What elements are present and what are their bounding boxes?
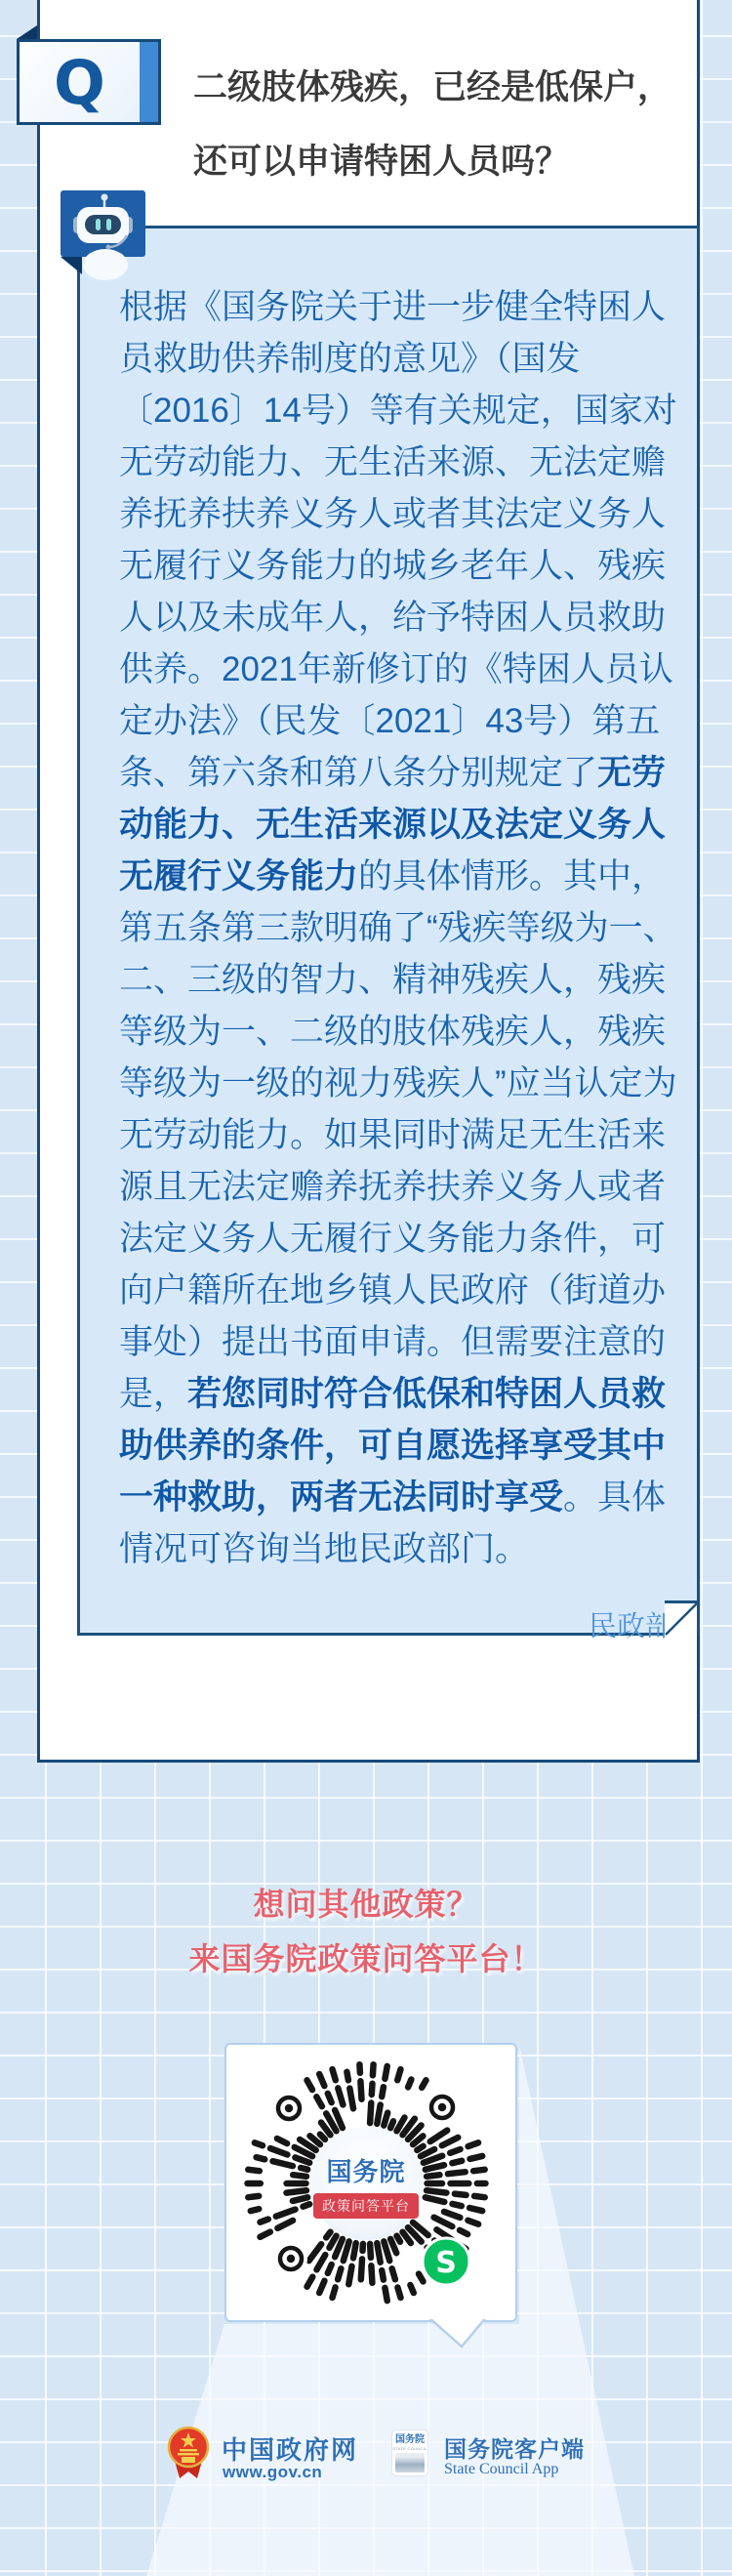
wechat-miniprogram-icon: S: [423, 2238, 469, 2285]
q-badge-fold: [17, 25, 37, 39]
state-council-app-icon: 国务院 STATE COUNCIL: [391, 2430, 428, 2476]
qr-eye-top-right: [426, 2091, 459, 2124]
question-line-2: 还可以申请特困人员吗？: [193, 125, 701, 199]
qr-red-badge: 政策问答平台: [313, 2193, 419, 2219]
page-curl-corner: [665, 1600, 700, 1636]
q-badge-stripe: [140, 42, 158, 122]
gov-site-url: www.gov.cn: [223, 2463, 322, 2482]
qr-code-bubble: S 国务院 政策问答平台: [224, 2043, 517, 2322]
q-letter: Q: [20, 42, 140, 122]
cta-line-1: 想问其他政策？: [0, 1877, 732, 1932]
cta-text: 想问其他政策？ 来国务院政策问答平台！: [0, 1877, 732, 1986]
app-name: 国务院客户端: [444, 2431, 585, 2464]
robot-avatar-icon: [61, 190, 145, 293]
qr-center-label: 国务院 政策问答平台: [268, 2152, 464, 2219]
app-name-en: State Council App: [444, 2461, 558, 2478]
china-national-emblem: [167, 2426, 210, 2482]
svg-text:S: S: [435, 2246, 457, 2280]
policy-qa-poster: Q 二级肢体残疾，已经是低保户， 还可以申请特困人员吗？ 根据《国务院关于进一步…: [0, 0, 732, 2576]
answer-bubble: 根据《国务院关于进一步健全特困人员救助供养制度的意见》（国发〔2016〕14号）…: [77, 226, 700, 1636]
answer-signature: 民政部: [80, 1604, 697, 1644]
answer-seg-1: 根据《国务院关于进一步健全特困人员救助供养制度的意见》（国发〔2016〕14号）…: [119, 288, 677, 792]
answer-seg-2: 的具体情形。其中，第五条第三款明确了“残疾等级为一、二、三级的智力、精神残疾人，…: [119, 857, 677, 1413]
answer-text: 根据《国务院关于进一步健全特困人员救助供养制度的意见》（国发〔2016〕14号）…: [80, 229, 697, 1575]
question-text: 二级肢体残疾，已经是低保户， 还可以申请特困人员吗？: [193, 51, 701, 199]
question-badge: Q: [17, 39, 161, 125]
question-line-1: 二级肢体残疾，已经是低保户，: [193, 51, 701, 125]
app-icon-picture: [395, 2453, 425, 2472]
cta-line-2: 来国务院政策问答平台！: [0, 1932, 732, 1986]
qr-eye-top-left: [272, 2092, 305, 2125]
qr-title: 国务院: [268, 2152, 464, 2188]
gov-site-name: 中国政府网: [222, 2431, 358, 2467]
footer: 中国政府网 www.gov.cn 国务院 STATE COUNCIL 国务院客户…: [0, 2422, 732, 2490]
qr-eye-bottom-left: [274, 2242, 307, 2275]
speech-bubble-tail: [425, 2316, 493, 2349]
